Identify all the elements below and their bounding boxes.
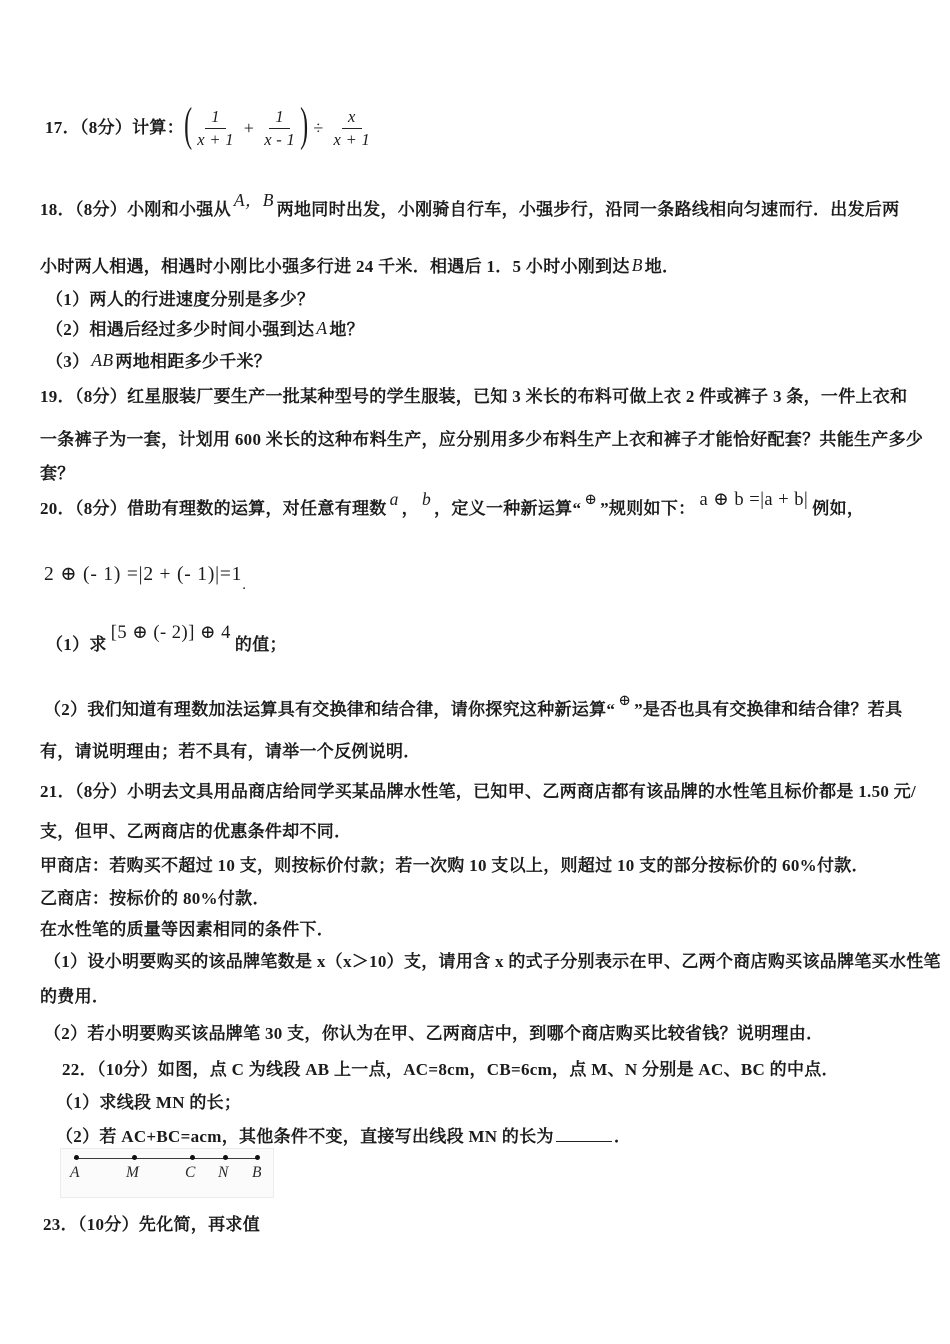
problem-18-q2: （2）相遇后经过多少时间小强到达A地？ [46, 319, 364, 341]
text: 例如， [812, 499, 864, 518]
text: （2）若小明要购买该品牌笔 30 支，你认为在甲、乙两商店中，到哪个商店购买比较… [44, 1024, 823, 1043]
fraction-numerator: 1 [205, 106, 226, 128]
point-dot-m [132, 1155, 137, 1160]
problem-21-shop-b: 乙商店：按标价的 80%付款． [40, 888, 270, 909]
problem-19-line-3: 套？ [40, 463, 75, 484]
exam-page: 17．（8分）计算： ( 1x + 1 + 1x - 1 ) ÷ xx + 1 … [0, 0, 950, 1344]
fraction-denominator: x + 1 [332, 129, 372, 150]
problem-22-q2: （2）若 AC+BC=acm，其他条件不变，直接写出线段 MN 的长为． [56, 1125, 631, 1147]
problem-21-line-2: 支，但甲、乙两商店的优惠条件却不同． [40, 821, 351, 842]
text: （2）相遇后经过多少时间小强到达 [46, 320, 314, 339]
segment-line [74, 1158, 258, 1159]
problem-21-condition: 在水性笔的质量等因素相同的条件下． [40, 919, 334, 940]
fraction-denominator: x - 1 [262, 129, 297, 150]
text: ． [614, 1127, 631, 1146]
problem-18-line-2: 小时两人相遇，相遇时小刚比小强多行进 24 千米．相遇后 1．5 小时小刚到达B… [40, 256, 679, 278]
fraction-numerator: x [342, 106, 362, 128]
text: 在水性笔的质量等因素相同的条件下． [40, 920, 334, 939]
text: 23．（10分）先化简，再求值 [43, 1215, 260, 1234]
period: . [242, 577, 246, 593]
point-label-c: C [185, 1164, 195, 1182]
plus-operator: + [244, 117, 254, 140]
point-label-b: B [252, 1164, 261, 1182]
fraction-numerator: 1 [269, 106, 290, 128]
text: 22．（10分）如图，点 C 为线段 AB 上一点，AC=8cm，CB=6cm，… [62, 1060, 839, 1079]
problem-18-q1: （1）两人的行进速度分别是多少？ [46, 289, 314, 310]
text: ”是否也具有交换律和结合律？若具 [634, 700, 902, 719]
text: （3） [46, 352, 89, 371]
problem-17-prefix: 17．（8分）计算： [45, 117, 184, 138]
rule-formula: a ⊕ b =|a + b| [699, 489, 808, 512]
text: 两地相距多少千米？ [115, 352, 271, 371]
text: 两地同时出发，小刚骑自行车，小强步行，沿同一条路线相向匀速而行．出发后两 [277, 200, 900, 219]
fraction-2: 1x - 1 [262, 106, 297, 150]
math-b: B [632, 255, 643, 275]
problem-19-line-1: 19．（8分）红星服装厂要生产一批某种型号的学生服装，已知 3 米长的布料可做上… [40, 386, 907, 407]
text: （1）两人的行进速度分别是多少？ [46, 290, 314, 309]
text: 地． [645, 257, 680, 276]
problem-18-q3: （3）AB两地相距多少千米？ [46, 351, 271, 373]
problem-19-line-2: 一条裤子为一套，计划用 600 米长的这种布料生产，应分别用多少布料生产上衣和裤… [40, 429, 923, 450]
text: ， [402, 499, 419, 518]
problem-22-line-1: 22．（10分）如图，点 C 为线段 AB 上一点，AC=8cm，CB=6cm，… [62, 1059, 839, 1080]
math-ab: AB [91, 350, 113, 370]
text: （2）我们知道有理数加法运算具有交换律和结合律，请你探究这种新运算“ [44, 700, 615, 719]
point-label-n: N [218, 1164, 228, 1182]
problem-21-q1-line-1: （1）设小明要购买的该品牌笔数是 x（x＞10）支，请用含 x 的式子分别表示在… [44, 951, 941, 972]
example-formula: 2 ⊕ (- 1) =|2 + (- 1)|=1 [44, 564, 242, 585]
text: 甲商店：若购买不超过 10 支，则按标价付款；若一次购 10 支以上，则超过 1… [40, 856, 869, 875]
text: 乙商店：按标价的 80%付款． [40, 889, 270, 908]
text: 地？ [329, 320, 364, 339]
text: 21．（8分）小明去文具用品商店给同学买某品牌水性笔，已知甲、乙两商店都有该品牌… [40, 782, 916, 801]
text: （2）若 AC+BC=acm，其他条件不变，直接写出线段 MN 的长为 [56, 1127, 554, 1146]
oplus-symbol: ⊕ [618, 692, 631, 711]
problem-22-q1: （1）求线段 MN 的长； [56, 1092, 241, 1113]
math-a: A [316, 318, 327, 338]
text: ，定义一种新运算“ [434, 499, 581, 518]
text: （1）设小明要购买的该品牌笔数是 x（x＞10）支，请用含 x 的式子分别表示在… [44, 952, 941, 971]
text: 一条裤子为一套，计划用 600 米长的这种布料生产，应分别用多少布料生产上衣和裤… [40, 430, 923, 449]
math-a: a [390, 489, 399, 511]
point-dot-n [223, 1155, 228, 1160]
text: 小时两人相遇，相遇时小刚比小强多行进 24 千米．相遇后 1．5 小时小刚到达 [40, 257, 630, 276]
fraction-denominator: x + 1 [195, 129, 235, 150]
text: 的费用． [40, 987, 109, 1006]
text: （1）求线段 MN 的长； [56, 1093, 241, 1112]
text: 支，但甲、乙两商店的优惠条件却不同． [40, 822, 351, 841]
point-dot-a [74, 1155, 79, 1160]
math-expression: [5 ⊕ (- 2)] ⊕ 4 [111, 622, 231, 645]
math-b: b [422, 489, 431, 511]
divide-operator: ÷ [313, 117, 323, 140]
point-label-a: A [70, 1164, 79, 1182]
point-dot-b [255, 1155, 260, 1160]
text: ”规则如下： [600, 499, 695, 518]
math-ab: A，B [234, 190, 274, 212]
text: （1）求 [46, 635, 107, 654]
problem-21-shop-a: 甲商店：若购买不超过 10 支，则按标价付款；若一次购 10 支以上，则超过 1… [40, 855, 869, 876]
problem-17: 17．（8分）计算： ( 1x + 1 + 1x - 1 ) ÷ xx + 1 [45, 95, 375, 161]
text: 有，请说明理由；若不具有，请举一个反例说明． [40, 742, 421, 761]
problem-20-q2-line-2: 有，请说明理由；若不具有，请举一个反例说明． [40, 741, 421, 762]
text: 18．（8分）小刚和小强从 [40, 200, 231, 219]
point-dot-c [190, 1155, 195, 1160]
problem-18-line-1: 18．（8分）小刚和小强从A，B两地同时出发，小刚骑自行车，小强步行，沿同一条路… [40, 199, 900, 221]
segment-figure: A M C N B [60, 1148, 274, 1198]
problem-23: 23．（10分）先化简，再求值 [43, 1214, 260, 1235]
point-label-m: M [126, 1164, 139, 1182]
text: 20．（8分）借助有理数的运算，对任意有理数 [40, 499, 387, 518]
text: 的值； [235, 635, 287, 654]
problem-20-q2-line-1: （2）我们知道有理数加法运算具有交换律和结合律，请你探究这种新运算“⊕”是否也具… [44, 699, 902, 721]
fraction-1: 1x + 1 [195, 106, 235, 150]
oplus-symbol: ⊕ [584, 491, 597, 510]
problem-21-q2: （2）若小明要购买该品牌笔 30 支，你认为在甲、乙两商店中，到哪个商店购买比较… [44, 1023, 823, 1044]
problem-21-q1-line-2: 的费用． [40, 986, 109, 1007]
problem-20-q1: （1）求[5 ⊕ (- 2)] ⊕ 4的值； [46, 634, 287, 657]
answer-blank [556, 1125, 612, 1142]
fraction-3: xx + 1 [332, 106, 372, 150]
problem-20-line-1: 20．（8分）借助有理数的运算，对任意有理数a，b，定义一种新运算“⊕”规则如下… [40, 498, 864, 521]
text: 套？ [40, 464, 75, 483]
problem-21-line-1: 21．（8分）小明去文具用品商店给同学买某品牌水性笔，已知甲、乙两商店都有该品牌… [40, 781, 916, 802]
text: 19．（8分）红星服装厂要生产一批某种型号的学生服装，已知 3 米长的布料可做上… [40, 387, 907, 406]
problem-20-example: 2 ⊕ (- 1) =|2 + (- 1)|=1. [44, 563, 246, 587]
